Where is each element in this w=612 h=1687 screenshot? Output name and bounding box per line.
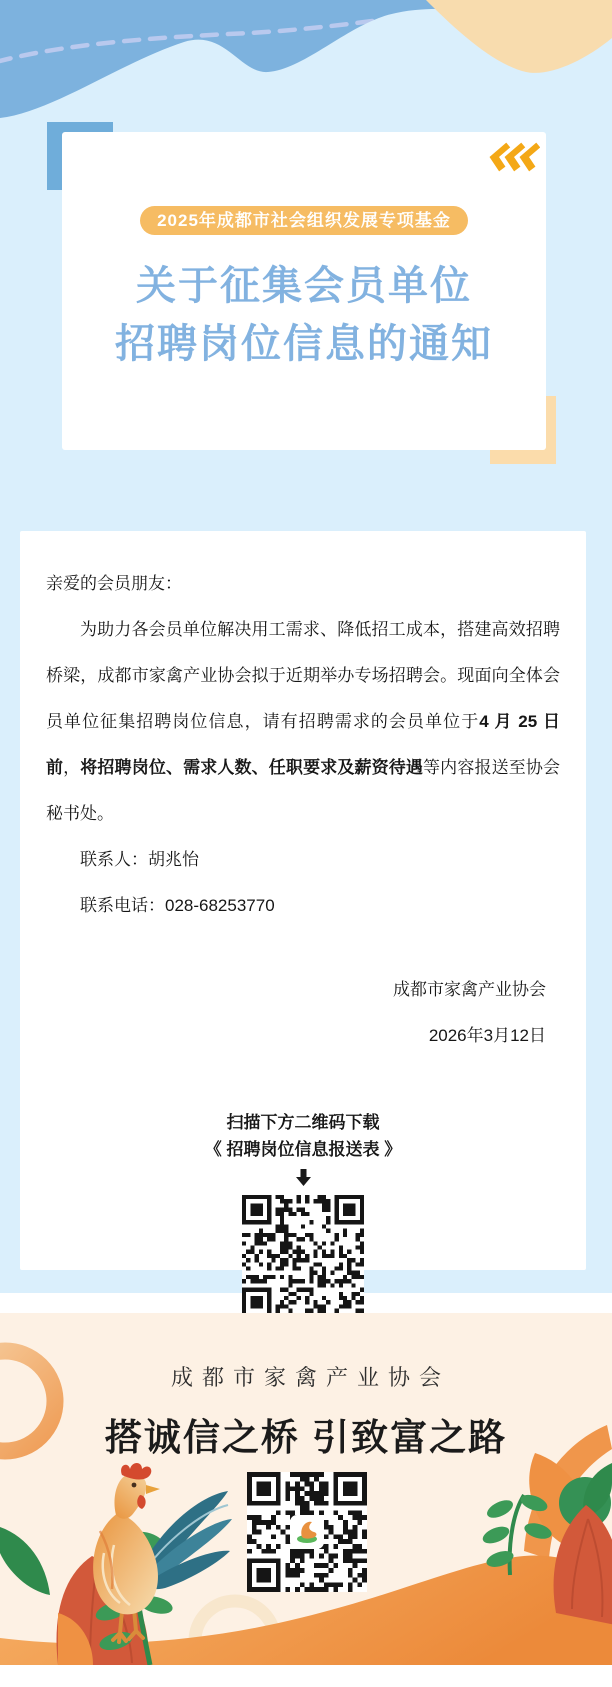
hero-section: 2025年成都市社会组织发展专项基金 关于征集会员单位 招聘岗位信息的通知 亲爱…	[0, 0, 612, 1293]
triple-left-chevron-icon	[484, 142, 540, 172]
rooster-illustration	[70, 1461, 240, 1646]
letter-card: 亲爱的会员朋友： 为助力各会员单位解决用工需求、降低招工成本，搭建高效招聘桥梁，…	[20, 531, 586, 1270]
paragraph-segment: ，	[63, 758, 80, 777]
contact-phone: 联系电话：028-68253770	[46, 883, 560, 929]
paragraph-segment-bold: 将招聘岗位、需求人数、任职要求及薪资待遇	[80, 758, 423, 777]
footer-org-name: 成都市家禽产业协会	[0, 1361, 612, 1392]
association-logo	[290, 1515, 324, 1549]
salutation: 亲爱的会员朋友：	[46, 561, 560, 607]
qr-code	[242, 1195, 364, 1317]
association-logo-icon	[293, 1518, 321, 1546]
qr-caption-line2: 《 招聘岗位信息报送表 》	[46, 1136, 560, 1163]
contact-person: 联系人：胡兆怡	[46, 837, 560, 883]
title-card: 2025年成都市社会组织发展专项基金 关于征集会员单位 招聘岗位信息的通知	[62, 132, 546, 450]
notice-title-line1: 关于征集会员单位	[62, 257, 546, 315]
qr-code-with-logo	[247, 1472, 367, 1592]
footer-slogan: 搭诚信之桥 引致富之路	[0, 1407, 612, 1461]
notice-title: 关于征集会员单位 招聘岗位信息的通知	[62, 257, 546, 373]
body-paragraph: 为助力各会员单位解决用工需求、降低招工成本，搭建高效招聘桥梁，成都市家禽产业协会…	[46, 607, 560, 837]
article-page: 2025年成都市社会组织发展专项基金 关于征集会员单位 招聘岗位信息的通知 亲爱…	[0, 0, 612, 1687]
signature-org: 成都市家禽产业协会	[46, 967, 560, 1013]
qr-caption-line1: 扫描下方二维码下载	[46, 1109, 560, 1136]
fund-badge: 2025年成都市社会组织发展专项基金	[140, 206, 468, 235]
download-qr-block: 扫描下方二维码下载 《 招聘岗位信息报送表 》	[46, 1109, 560, 1317]
footer-banner: 成都市家禽产业协会 搭诚信之桥 引致富之路	[0, 1313, 612, 1665]
signature-date: 2026年3月12日	[46, 1013, 560, 1059]
down-arrow-icon	[296, 1169, 311, 1186]
notice-title-line2: 招聘岗位信息的通知	[62, 315, 546, 373]
